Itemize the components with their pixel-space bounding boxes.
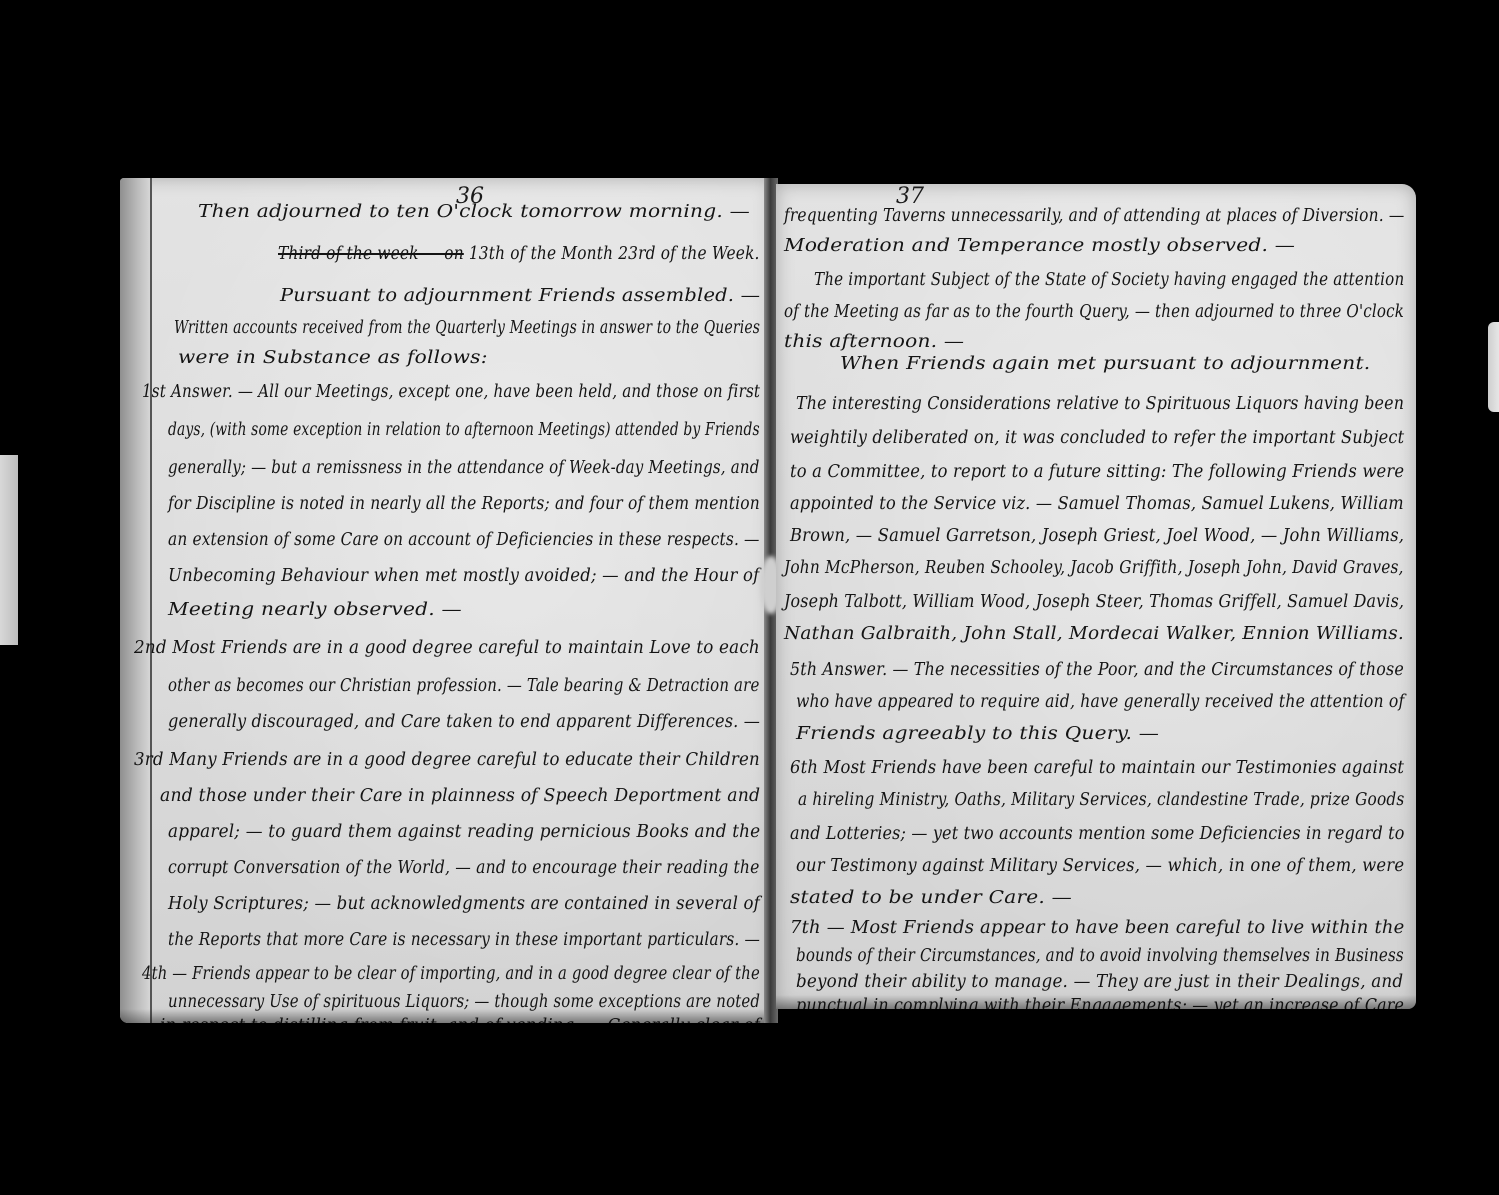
manuscript-line: apparel; — to guard them against reading… [168, 822, 760, 842]
manuscript-line: were in Substance as follows: [178, 348, 488, 368]
manuscript-line: days, (with some exception in relation t… [168, 420, 760, 440]
manuscript-line: Written accounts received from the Quart… [174, 318, 760, 338]
manuscript-line: Joseph Talbott, William Wood, Joseph Ste… [784, 592, 1404, 612]
manuscript-line: the Reports that more Care is necessary … [168, 930, 760, 950]
manuscript-line: 4th — Friends appear to be clear of impo… [142, 964, 760, 984]
manuscript-line: beyond their ability to manage. — They a… [796, 972, 1403, 992]
manuscript-line: Pursuant to adjournment Friends assemble… [280, 286, 760, 306]
manuscript-line: Holy Scriptures; — but acknowledgments a… [168, 894, 760, 914]
manuscript-line: who have appeared to require aid, have g… [796, 692, 1404, 712]
manuscript-line: our Testimony against Military Services,… [796, 856, 1404, 876]
manuscript-line: frequenting Taverns unnecessarily, and o… [784, 206, 1404, 226]
left-page: 36 Then adjourned to ten O'clock tomorro… [120, 178, 772, 1023]
manuscript-line: Brown, — Samuel Garretson, Joseph Griest… [790, 526, 1404, 546]
manuscript-line: 7th — Most Friends appear to have been c… [790, 918, 1404, 938]
paper-fragment-left [0, 455, 18, 645]
manuscript-line: John McPherson, Reuben Schooley, Jacob G… [784, 558, 1404, 578]
manuscript-line: of the Meeting as far as to the fourth Q… [784, 302, 1404, 322]
manuscript-line: The interesting Considerations relative … [796, 394, 1404, 414]
paper-fragment-right [1488, 322, 1499, 412]
manuscript-line: generally discouraged, and Care taken to… [168, 712, 760, 732]
page-edge-shadow [776, 995, 1416, 1009]
manuscript-line: other as becomes our Christian professio… [168, 676, 759, 696]
manuscript-line: appointed to the Service viz. — Samuel T… [790, 494, 1404, 514]
manuscript-line: 3rd Many Friends are in a good degree ca… [134, 750, 760, 770]
manuscript-line: weightily deliberated on, it was conclud… [790, 428, 1404, 448]
manuscript-line: Moderation and Temperance mostly observe… [784, 236, 1295, 256]
page-edge-shadow [120, 1009, 772, 1023]
manuscript-line: a hireling Ministry, Oaths, Military Ser… [798, 790, 1404, 810]
manuscript-line: Third of the week — on 13th of the Month… [278, 244, 760, 264]
date-heading: 13th of the Month 23rd of the Week. [469, 244, 760, 264]
open-book-spread: 36 Then adjourned to ten O'clock tomorro… [100, 178, 1430, 1023]
manuscript-line: and those under their Care in plainness … [160, 786, 760, 806]
manuscript-line: bounds of their Circumstances, and to av… [796, 946, 1404, 966]
right-page: 37 frequenting Taverns unnecessarily, an… [776, 184, 1416, 1009]
manuscript-line: this afternoon. — [784, 332, 964, 352]
manuscript-line: Nathan Galbraith, John Stall, Mordecai W… [784, 624, 1404, 644]
manuscript-line: 6th Most Friends have been careful to ma… [790, 758, 1404, 778]
manuscript-line: Friends agreeably to this Query. — [796, 724, 1159, 744]
manuscript-line: When Friends again met pursuant to adjou… [840, 354, 1370, 374]
struck-text: Third of the week — on [278, 244, 464, 264]
manuscript-line: 1st Answer. — All our Meetings, except o… [142, 382, 760, 402]
document-viewer: 36 Then adjourned to ten O'clock tomorro… [0, 0, 1499, 1195]
manuscript-line: generally; — but a remissness in the att… [168, 458, 759, 478]
manuscript-line: and Lotteries; — yet two accounts mentio… [790, 824, 1405, 844]
manuscript-line: Unbecoming Behaviour when met mostly avo… [168, 566, 759, 586]
manuscript-line: Then adjourned to ten O'clock tomorrow m… [198, 202, 750, 222]
manuscript-line: Meeting nearly observed. — [168, 600, 462, 620]
manuscript-line: for Discipline is noted in nearly all th… [168, 494, 760, 514]
manuscript-line: 2nd Most Friends are in a good degree ca… [134, 638, 760, 658]
manuscript-line: to a Committee, to report to a future si… [790, 462, 1404, 482]
manuscript-line: The important Subject of the State of So… [814, 270, 1404, 290]
manuscript-line: corrupt Conversation of the World, — and… [168, 858, 760, 878]
manuscript-line: 5th Answer. — The necessities of the Poo… [790, 660, 1404, 680]
manuscript-line: stated to be under Care. — [790, 888, 1072, 908]
manuscript-line: an extension of some Care on account of … [168, 530, 760, 550]
